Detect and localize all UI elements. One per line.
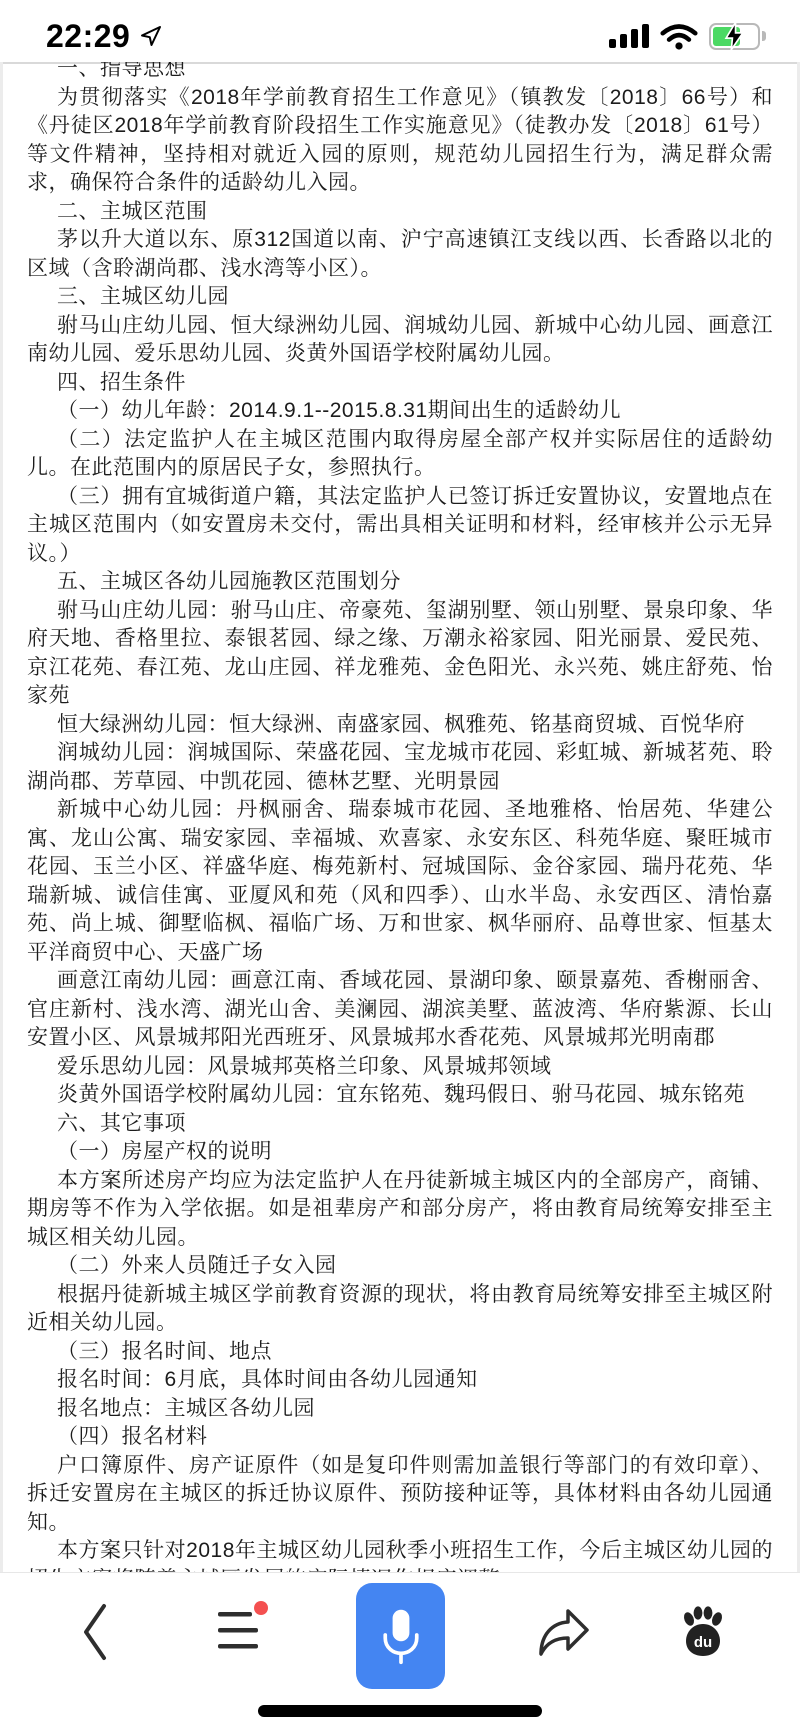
microphone-icon: [380, 1607, 422, 1665]
baidu-paw-icon: du: [681, 1606, 725, 1658]
document-paragraph: 驸马山庄幼儿园：驸马山庄、帝豪苑、玺湖别墅、领山别墅、景泉印象、华府天地、香格里…: [3, 597, 797, 711]
back-button[interactable]: [63, 1600, 127, 1664]
share-button[interactable]: [532, 1600, 596, 1664]
menu-button[interactable]: [206, 1600, 270, 1664]
document-paragraph: 四、招生条件: [3, 369, 797, 398]
baidu-button[interactable]: du: [671, 1600, 735, 1664]
document-viewport[interactable]: 一、指导思想为贯彻落实《2018年学前教育招生工作意见》（镇教发〔2018〕66…: [0, 62, 800, 1572]
mic-button[interactable]: [356, 1583, 445, 1689]
cellular-signal-icon: [609, 22, 649, 50]
baidu-du-label: du: [694, 1634, 712, 1651]
document-paragraph: 新城中心幼儿园：丹枫丽舍、瑞泰城市花园、圣地雅格、怡居苑、华建公寓、龙山公寓、瑞…: [3, 796, 797, 967]
location-arrow-icon: [139, 24, 163, 48]
notification-dot: [254, 1601, 268, 1615]
battery-charging-icon: [709, 23, 766, 50]
document-paragraph: （三）报名时间、地点: [3, 1338, 797, 1367]
document-paragraph: 六、其它事项: [3, 1110, 797, 1139]
document-paragraph: 为贯彻落实《2018年学前教育招生工作意见》（镇教发〔2018〕66号）和《丹徒…: [3, 84, 797, 198]
document-paragraph: 本方案所述房产均应为法定监护人在丹徒新城主城区内的全部房产，商铺、期房等不作为入…: [3, 1167, 797, 1253]
battery-outline: [709, 23, 760, 50]
document-paragraph: 润城幼儿园：润城国际、荣盛花园、宝龙城市花园、彩虹城、新城茗苑、聆湖尚郡、芳草园…: [3, 739, 797, 796]
document-paragraph: （二）外来人员随迁子女入园: [3, 1252, 797, 1281]
charging-bolt-icon: [724, 22, 745, 50]
share-arrow-icon: [537, 1607, 591, 1657]
document-paragraph: （三）拥有宜城街道户籍，其法定监护人已签订拆迁安置协议，安置地点在主城区范围内（…: [3, 483, 797, 569]
document-paragraph: 报名时间：6月底，具体时间由各幼儿园通知: [3, 1366, 797, 1395]
document-paragraph: 茅以升大道以东、原312国道以南、沪宁高速镇江支线以西、长香路以北的区域（含聆湖…: [3, 226, 797, 283]
document-paragraph: （四）报名材料: [3, 1423, 797, 1452]
status-bar-left: 22:29: [46, 18, 163, 55]
home-indicator[interactable]: [258, 1705, 542, 1717]
document-paragraph: 五、主城区各幼儿园施教区范围划分: [3, 568, 797, 597]
document-paragraph: 恒大绿洲幼儿园：恒大绿洲、南盛家园、枫雅苑、铭基商贸城、百悦华府: [3, 711, 797, 740]
chevron-left-icon: [82, 1603, 108, 1661]
document-paragraph: 户口簿原件、房产证原件（如是复印件则需加盖银行等部门的有效印章）、拆迁安置房在主…: [3, 1452, 797, 1538]
status-bar: 22:29: [0, 0, 800, 62]
status-bar-right: [609, 22, 766, 50]
battery-nub: [762, 31, 766, 41]
document-paragraph: 炎黄外国语学校附属幼儿园：宜东铭苑、魏玛假日、驸马花园、城东铭苑: [3, 1081, 797, 1110]
document-paragraph: 画意江南幼儿园：画意江南、香域花园、景湖印象、颐景嘉苑、香榭丽舍、官庄新村、浅水…: [3, 967, 797, 1053]
document-paragraph: 一、指导思想: [3, 62, 797, 84]
phone-screen: 22:29: [0, 0, 800, 1731]
document-paragraph: 本方案只针对2018年主城区幼儿园秋季小班招生工作，今后主城区幼儿园的招生方案将…: [3, 1537, 797, 1572]
menu-icon-wrap: [216, 1610, 260, 1655]
document-paragraph: 驸马山庄幼儿园、恒大绿洲幼儿园、润城幼儿园、新城中心幼儿园、画意江南幼儿园、爱乐…: [3, 312, 797, 369]
document-paragraph: 爱乐思幼儿园：风景城邦英格兰印象、风景城邦领域: [3, 1053, 797, 1082]
document-paragraph: （一）幼儿年龄：2014.9.1--2015.8.31期间出生的适龄幼儿: [3, 397, 797, 426]
document-paragraph: 三、主城区幼儿园: [3, 283, 797, 312]
document-paragraph: （一）房屋产权的说明: [3, 1138, 797, 1167]
wifi-icon: [660, 22, 698, 50]
clock-time: 22:29: [46, 18, 130, 55]
hamburger-menu-icon: [216, 1610, 260, 1652]
document-paragraph: 根据丹徒新城主城区学前教育资源的现状，将由教育局统筹安排至主城区附近相关幼儿园。: [3, 1281, 797, 1338]
document-body: 一、指导思想为贯彻落实《2018年学前教育招生工作意见》（镇教发〔2018〕66…: [3, 62, 797, 1572]
document-paragraph: 报名地点：主城区各幼儿园: [3, 1395, 797, 1424]
document-paragraph: 二、主城区范围: [3, 198, 797, 227]
document-paragraph: （二）法定监护人在主城区范围内取得房屋全部产权并实际居住的适龄幼儿。在此范围内的…: [3, 426, 797, 483]
